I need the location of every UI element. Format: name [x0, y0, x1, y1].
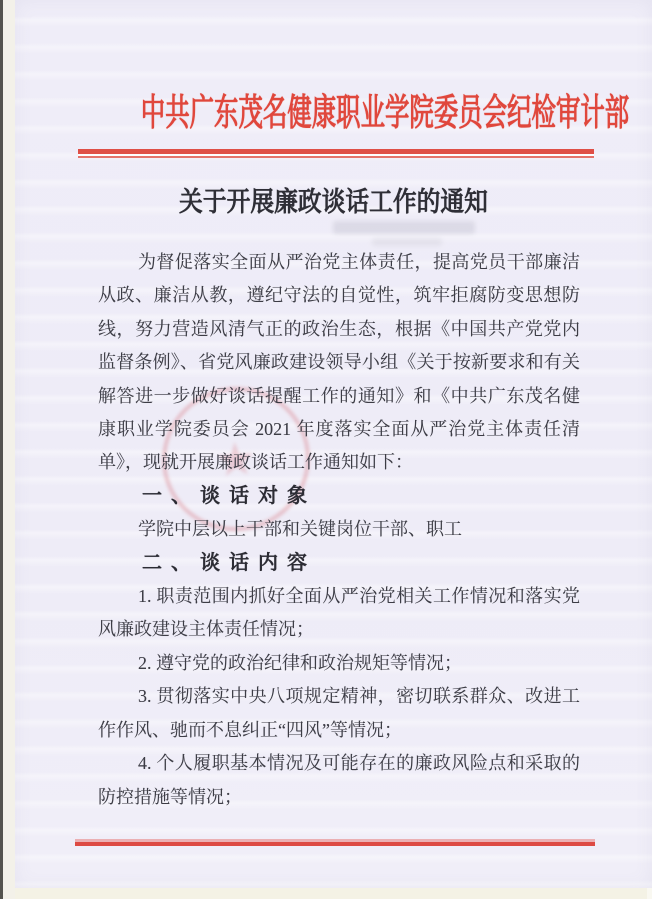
- section-1-heading: 一、谈话对象: [98, 480, 580, 513]
- scanned-document-page: { "document": { "letterhead": "中共广东茂名健康职…: [0, 0, 652, 899]
- footer-red-line: [75, 839, 595, 846]
- document-title-row: 关于开展廉政谈话工作的通知: [15, 180, 652, 219]
- document-title: 关于开展廉政谈话工作的通知: [179, 180, 488, 219]
- footer-line-strong-bar: [75, 842, 595, 846]
- section-2-item-2: 2. 遵守党的政治纪律和政治规矩等情况；: [98, 647, 580, 680]
- section-1-item-1: 学院中层以上干部和关键岗位干部、职工: [98, 513, 580, 546]
- letterhead-title: 中共广东茂名健康职业学院委员会纪检审计部: [141, 82, 629, 136]
- scan-edge-left-light: [3, 0, 15, 899]
- intro-paragraph: 为督促落实全面从严治党主体责任，提高党员干部廉洁从政、廉洁从教，遵纪守法的自觉性…: [98, 246, 580, 480]
- ink-bleed-smudge-small: [372, 238, 442, 246]
- letterhead-separator-line: [78, 149, 594, 158]
- section-2-heading: 二、谈话内容: [98, 547, 580, 580]
- letterhead-row: 中共广东茂名健康职业学院委员会纪检审计部: [15, 82, 652, 136]
- separator-thin-bar: [78, 156, 594, 158]
- section-2-item-1: 1. 职责范围内抓好全面从严治党相关工作情况和落实党风廉政建设主体责任情况；: [98, 580, 580, 647]
- ink-bleed-smudge: [333, 221, 475, 234]
- section-2-item-4: 4. 个人履职基本情况及可能存在的廉政风险点和采取的防控措施等情况；: [98, 747, 580, 814]
- document-body: 为督促落实全面从严治党主体责任，提高党员干部廉洁从政、廉洁从教，遵纪守法的自觉性…: [98, 246, 580, 814]
- section-2-item-3: 3. 贯彻落实中央八项规定精神，密切联系群众、改进工作作风、驰而不息纠正“四风”…: [98, 680, 580, 747]
